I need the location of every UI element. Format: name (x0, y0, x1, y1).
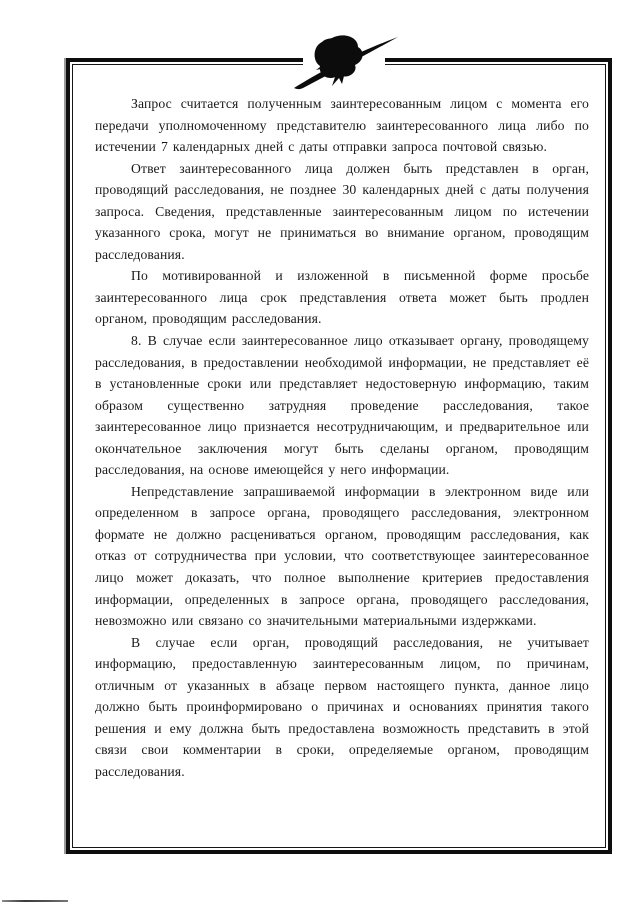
paragraph-deadline-extension: По мотивированной и изложенной в письмен… (95, 265, 589, 330)
paragraph-disregarded-information: В случае если орган, проводящий расследо… (95, 632, 589, 783)
scanned-document-page: Запрос считается полученным заинтересова… (0, 0, 640, 905)
scan-artifact-line (2, 900, 68, 902)
paragraph-request-received: Запрос считается полученным заинтересова… (95, 93, 589, 158)
paragraph-response-deadline: Ответ заинтересованного лица должен быть… (95, 158, 589, 266)
paragraph-electronic-format: Непредставление запрашиваемой информации… (95, 481, 589, 632)
paragraph-clause-8-noncooperation: 8. В случае если заинтересованное лицо о… (95, 330, 589, 481)
ink-quill-flourish-icon (286, 34, 402, 92)
document-body-text: Запрос считается полученным заинтересова… (95, 93, 589, 783)
